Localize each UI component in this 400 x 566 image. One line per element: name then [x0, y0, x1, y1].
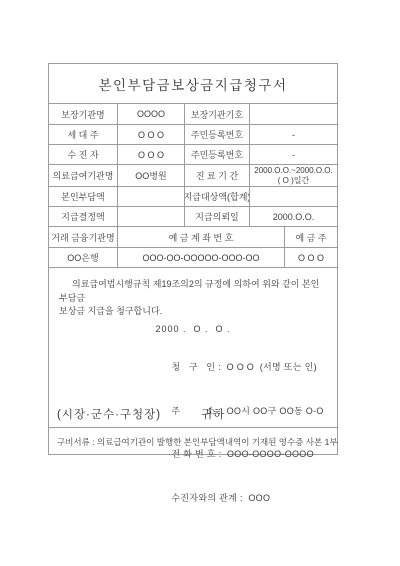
- statement-date: 2000 . O . O .: [49, 324, 337, 334]
- label-resident-id-1: 주민등록번호: [184, 124, 249, 144]
- label-account-number: 예 금 계 좌 번 호: [117, 227, 284, 247]
- value-resident-id-2: -: [249, 144, 337, 164]
- value-payment-target-total: [249, 186, 337, 206]
- value-householder: O O O: [117, 124, 184, 144]
- value-payment-request-date: 2000.O.O.: [249, 206, 337, 226]
- label-medical-institution: 의료급여기관명: [49, 164, 117, 186]
- statement-section: 의료급여법시행규칙 제19조의2의 규정에 의하여 위와 같이 본인부담금 보상…: [49, 267, 337, 427]
- claimant-phone-value: OOO-OOOO-OOOO: [227, 449, 314, 459]
- label-payment-target-total: 지급대상액(합계): [184, 186, 249, 206]
- value-guarantee-org-code: [249, 104, 337, 124]
- value-patient: O O O: [117, 144, 184, 164]
- treatment-period-days: ( O )일간: [278, 176, 309, 186]
- claimant-relation-label: 수진자와의 관계: [171, 491, 237, 506]
- label-resident-id-2: 주민등록번호: [184, 144, 249, 164]
- value-account-number: OOO-OO-OOOOO-OOO-OO: [117, 247, 284, 267]
- colon: :: [215, 362, 226, 372]
- colon: :: [216, 449, 227, 459]
- bank-table: 거래 금융기관명 예 금 계 좌 번 호 예 금 주 OO은행 OOO-OO-O…: [49, 226, 337, 267]
- value-bank-name: OO은행: [49, 247, 117, 267]
- value-treatment-period: 2000.O.O.~2000.O.O. ( O )일간: [249, 164, 337, 186]
- claimant-phone-line: 전 화 번 호 : OOO-OOOO-OOOO: [149, 433, 337, 477]
- label-guarantee-org: 보장기관명: [49, 104, 117, 124]
- colon: :: [237, 493, 248, 503]
- value-account-holder: O O O: [284, 247, 337, 267]
- value-payment-decision: [117, 206, 184, 226]
- claimant-name-value: O O O (서명 또는 인): [227, 362, 317, 372]
- claimant-name-line: 청 구 인 : O O O (서명 또는 인): [149, 346, 337, 390]
- label-guarantee-org-code: 보장기관기호: [184, 104, 249, 124]
- statement-line-1: 의료급여법시행규칙 제19조의2의 규정에 의하여 위와 같이 본인부담금: [59, 278, 327, 305]
- value-medical-institution: OO병원: [117, 164, 184, 186]
- addressee-recipient: (시장·군수·구청장): [57, 409, 161, 421]
- claimant-relation-value: OOO: [248, 493, 270, 503]
- label-treatment-period: 진 료 기 간: [184, 164, 249, 186]
- value-resident-id-1: -: [249, 124, 337, 144]
- value-guarantee-org: OOOO: [117, 104, 184, 124]
- form-title: 본인부담금보상금지급청구서: [98, 74, 287, 94]
- addressee-honorific: 귀하: [201, 409, 225, 421]
- statement-line-2: 보상금 지급을 청구합니다.: [59, 305, 327, 319]
- label-payment-decision: 지급결정액: [49, 206, 117, 226]
- label-bank-name: 거래 금융기관명: [49, 227, 117, 247]
- info-table: 보장기관명 OOOO 보장기관기호 세 대 주 O O O 주민등록번호 - 수…: [49, 103, 337, 226]
- addressee-line: (시장·군수·구청장)귀하: [57, 406, 225, 422]
- claim-form-document: 본인부담금보상금지급청구서 보장기관명 OOOO 보장기관기호 세 대 주 O …: [48, 63, 338, 455]
- statement-paragraph: 의료급여법시행규칙 제19조의2의 규정에 의하여 위와 같이 본인부담금 보상…: [59, 278, 327, 319]
- claimant-relation-line: 수진자와의 관계 : OOO: [149, 476, 337, 520]
- claimant-address-value: OO시 OO구 OO동 O-O: [227, 406, 324, 416]
- label-account-holder: 예 금 주: [284, 227, 337, 247]
- label-copayment-amount: 본인부담액: [49, 186, 117, 206]
- title-row: 본인부담금보상금지급청구서: [49, 64, 337, 103]
- label-payment-request-date: 지급의뢰일: [184, 206, 249, 226]
- label-householder: 세 대 주: [49, 124, 117, 144]
- claimant-name-label: 청 구 인: [171, 360, 215, 375]
- value-copayment-amount: [117, 186, 184, 206]
- label-patient: 수 진 자: [49, 144, 117, 164]
- treatment-period-dates: 2000.O.O.~2000.O.O.: [254, 166, 333, 176]
- claimant-block: 청 구 인 : O O O (서명 또는 인) 주 소 : OO시 OO구 OO…: [149, 346, 337, 520]
- claimant-phone-label: 전 화 번 호: [171, 447, 215, 462]
